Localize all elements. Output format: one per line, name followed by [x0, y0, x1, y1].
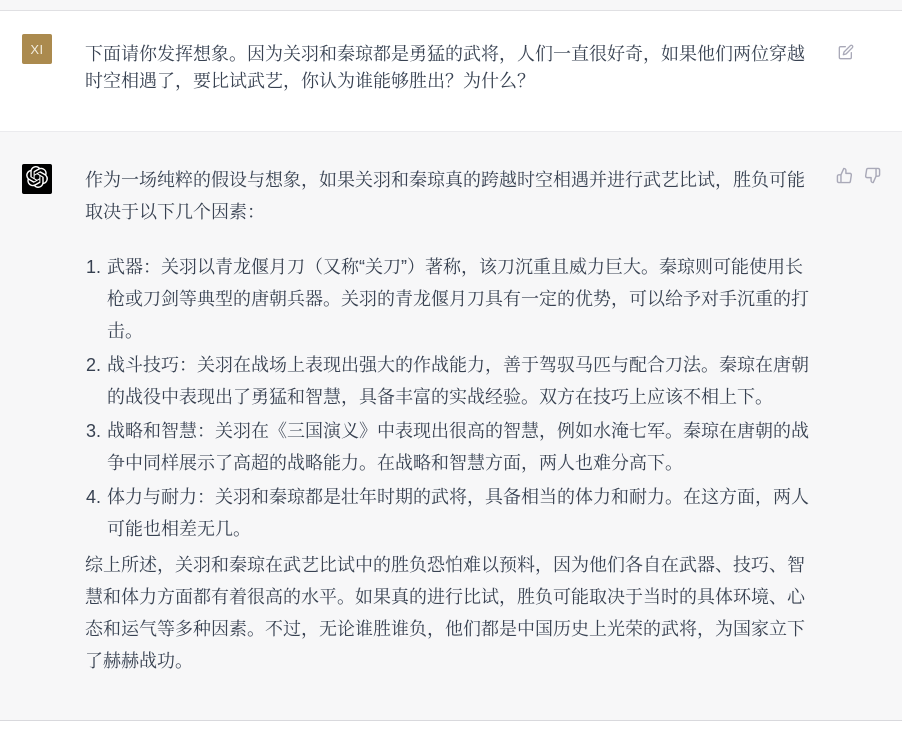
assistant-message-text: 作为一场纯粹的假设与想象，如果关羽和秦琼真的跨越时空相遇并进行武艺比试，胜负可能… [85, 164, 815, 677]
edit-message-button[interactable] [837, 43, 854, 60]
assistant-conclusion-paragraph: 综上所述，关羽和秦琼在武艺比试中的胜负恐怕难以预料，因为他们各自在武器、技巧、智… [85, 549, 815, 677]
thumbs-up-button[interactable] [836, 167, 853, 184]
assistant-message-row: 作为一场纯粹的假设与想象，如果关羽和秦琼真的跨越时空相遇并进行武艺比试，胜负可能… [0, 132, 902, 721]
assistant-message-actions [836, 167, 881, 184]
list-item-stamina: 体力与耐力：关羽和秦琼都是壮年时期的武将，具备相当的体力和耐力。在这方面，两人可… [106, 481, 815, 545]
list-item-strategy: 战略和智慧：关羽在《三国演义》中表现出很高的智慧，例如水淹七军。秦琼在唐朝的战争… [106, 415, 815, 479]
thumbs-up-icon [836, 167, 853, 184]
edit-pencil-icon [838, 44, 854, 60]
assistant-numbered-list: 武器：关羽以青龙偃月刀（又称“关刀”）著称，该刀沉重且威力巨大。秦琼则可能使用长… [85, 251, 815, 545]
list-item-combat-skill: 战斗技巧：关羽在战场上表现出强大的作战能力，善于驾驭马匹与配合刀法。秦琼在唐朝的… [106, 349, 815, 413]
assistant-intro-paragraph: 作为一场纯粹的假设与想象，如果关羽和秦琼真的跨越时空相遇并进行武艺比试，胜负可能… [85, 164, 815, 228]
user-message-actions [837, 43, 854, 60]
thumbs-down-icon [864, 167, 881, 184]
assistant-avatar [22, 164, 52, 194]
chat-thread: XI 下面请你发挥想象。因为关羽和秦琼都是勇猛的武将，人们一直很好奇，如果他们两… [0, 0, 902, 732]
previous-message-tail [0, 0, 902, 11]
user-message-row: XI 下面请你发挥想象。因为关羽和秦琼都是勇猛的武将，人们一直很好奇，如果他们两… [0, 11, 902, 132]
user-message-text: 下面请你发挥想象。因为关羽和秦琼都是勇猛的武将，人们一直很好奇，如果他们两位穿越… [85, 41, 815, 95]
openai-logo-icon [26, 166, 48, 193]
user-avatar-initials: XI [30, 42, 43, 57]
user-avatar: XI [22, 34, 52, 64]
thumbs-down-button[interactable] [864, 167, 881, 184]
list-item-weapons: 武器：关羽以青龙偃月刀（又称“关刀”）著称，该刀沉重且威力巨大。秦琼则可能使用长… [106, 251, 815, 347]
